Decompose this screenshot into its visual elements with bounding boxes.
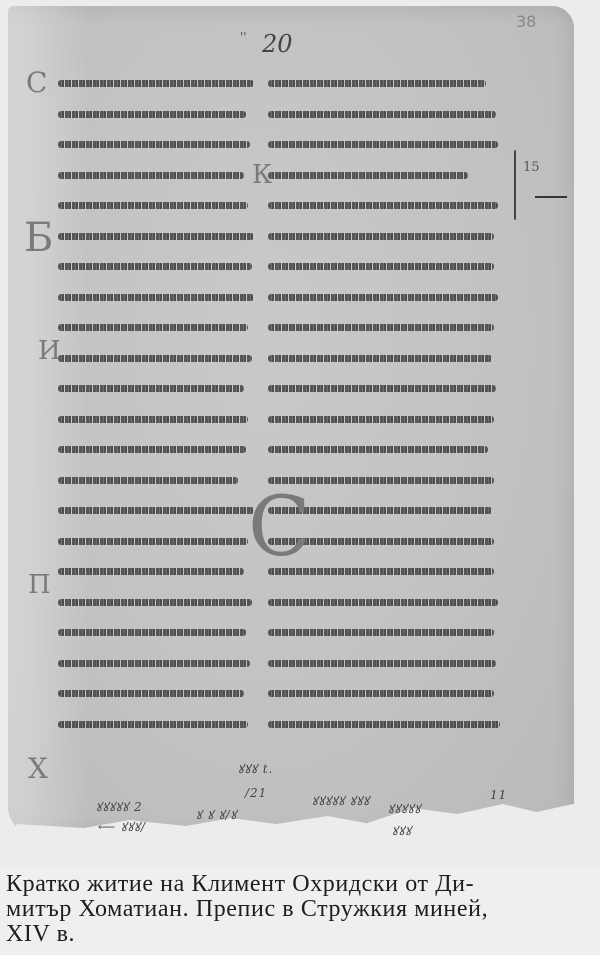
bottom-marginalia: ꙋꙋꙋꙋꙋ ꙋꙋꙋ: [312, 792, 370, 809]
folio-number: 20: [262, 30, 293, 58]
folio-prefix-mark: '': [240, 30, 247, 44]
caption-line-1: Кратко житие на Климент Охридски от Ди-: [6, 872, 596, 897]
margin-note: 15: [523, 160, 540, 175]
figure-caption: Кратко житие на Климент Охридски от Ди- …: [6, 872, 596, 947]
caption-line-3: XIV в.: [6, 922, 596, 947]
manuscript-photo: '' 20 38 15: [0, 0, 600, 868]
initial-letter: И: [38, 336, 61, 366]
text-column-left: [58, 70, 258, 741]
initial-letter: С: [26, 66, 47, 99]
initial-letter: Б: [24, 215, 53, 261]
initial-letter: К: [252, 160, 272, 190]
bottom-marginalia: ꙋꙋꙋꙋꙋ: [388, 800, 421, 817]
initial-letter: П: [28, 570, 51, 600]
caption-line-2: митър Хоматиан. Препис в Стружкия миней,: [6, 897, 596, 922]
initial-letter: Х: [28, 752, 48, 785]
text-column-right: [268, 70, 508, 741]
margin-dash: [535, 196, 567, 198]
bottom-marginalia: /21: [245, 786, 267, 800]
bottom-marginalia: ꙋꙋꙋꙋꙋ 2: [96, 798, 143, 815]
bottom-marginalia: ꙋꙋꙋ: [392, 822, 412, 839]
bottom-marginalia: 11: [490, 788, 507, 802]
margin-bracket: [514, 150, 520, 220]
folio-number-faint: 38: [516, 12, 536, 31]
large-initial-letter: С: [248, 480, 311, 575]
bottom-marginalia: ⟵ ꙋꙋꙋ/: [98, 818, 146, 835]
bottom-marginalia: ꙋ ꙋ ꙋ/ꙋ: [196, 806, 237, 823]
bottom-marginalia: ꙋꙋꙋ t.: [238, 760, 273, 777]
